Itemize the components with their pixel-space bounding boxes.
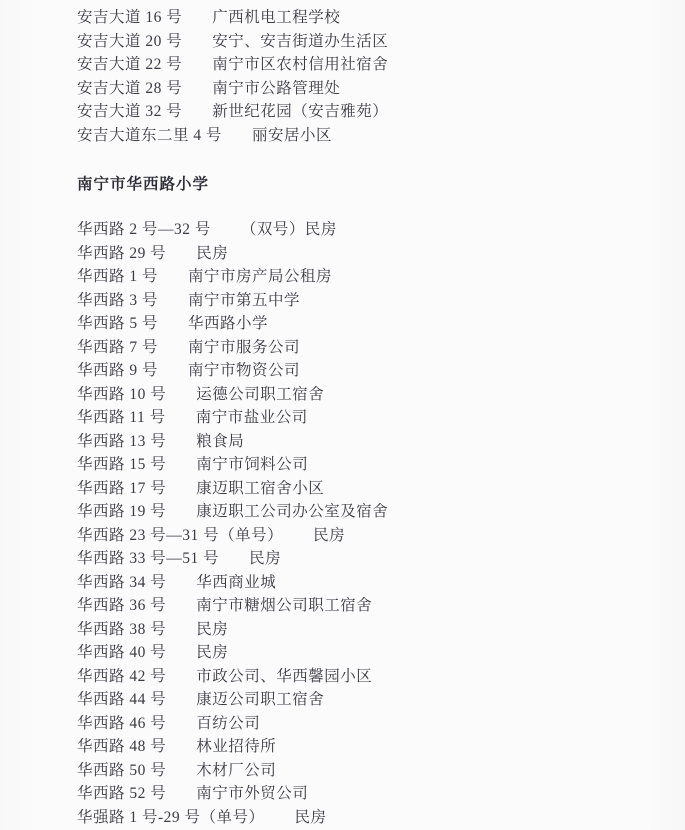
description-text: 华西商业城 <box>196 571 276 595</box>
list-item: 安吉大道 32 号新世纪花园（安吉雅苑） <box>77 100 685 124</box>
list-item: 华西路 17 号康迈职工宿舍小区 <box>77 477 685 501</box>
description-text: 康迈职工宿舍小区 <box>196 477 324 501</box>
address-text: 华西路 23 号—31 号（单号） <box>77 524 283 548</box>
list-item: 华西路 7 号南宁市服务公司 <box>77 336 685 360</box>
list-item: 华西路 9 号南宁市物资公司 <box>77 359 685 383</box>
description-text: 华西路小学 <box>188 312 268 336</box>
list-item: 华西路 46 号百纺公司 <box>77 712 685 736</box>
list-item: 华西路 11 号南宁市盐业公司 <box>77 406 685 430</box>
description-text: 康迈职工公司办公室及宿舍 <box>196 500 388 524</box>
description-text: 南宁市外贸公司 <box>196 782 308 806</box>
description-text: 民房 <box>196 242 228 266</box>
description-text: 康迈公司职工宿舍 <box>196 688 324 712</box>
list-item: 华西路 15 号南宁市饲料公司 <box>77 453 685 477</box>
description-text: 民房 <box>196 641 228 665</box>
list-item: 华西路 2 号—32 号（双号）民房 <box>77 218 685 242</box>
description-text: 南宁市服务公司 <box>188 336 300 360</box>
address-text: 华西路 42 号 <box>77 665 166 689</box>
description-text: 新世纪花园（安吉雅苑） <box>212 100 388 124</box>
address-text: 华西路 44 号 <box>77 688 166 712</box>
list-item: 华西路 36 号南宁市糖烟公司职工宿舍 <box>77 594 685 618</box>
address-text: 华西路 33 号—51 号 <box>77 547 219 571</box>
list-item: 华西路 40 号民房 <box>77 641 685 665</box>
description-text: 南宁市区农村信用社宿舍 <box>212 53 388 77</box>
address-list-anji: 安吉大道 16 号广西机电工程学校安吉大道 20 号安宁、安吉街道办生活区安吉大… <box>77 6 685 147</box>
address-text: 华西路 34 号 <box>77 571 166 595</box>
description-text: 民房 <box>196 618 228 642</box>
description-text: 民房 <box>249 547 281 571</box>
list-item: 华西路 5 号华西路小学 <box>77 312 685 336</box>
list-item: 华西路 29 号民房 <box>77 242 685 266</box>
list-item: 华西路 42 号市政公司、华西馨园小区 <box>77 665 685 689</box>
description-text: 运德公司职工宿舍 <box>196 383 324 407</box>
list-item: 华强路 1 号-29 号（单号）民房 <box>77 806 685 830</box>
list-item: 华西路 34 号华西商业城 <box>77 571 685 595</box>
address-text: 华西路 10 号 <box>77 383 166 407</box>
list-item: 安吉大道 28 号南宁市公路管理处 <box>77 77 685 101</box>
description-text: 粮食局 <box>196 430 244 454</box>
description-text: 安宁、安吉街道办生活区 <box>212 30 388 54</box>
list-item: 安吉大道东二里 4 号丽安居小区 <box>77 124 685 148</box>
description-text: 南宁市房产局公租房 <box>188 265 332 289</box>
list-item: 华西路 10 号运德公司职工宿舍 <box>77 383 685 407</box>
address-text: 华西路 11 号 <box>77 406 166 430</box>
list-item: 华西路 33 号—51 号民房 <box>77 547 685 571</box>
description-text: 市政公司、华西馨园小区 <box>196 665 372 689</box>
description-text: 林业招待所 <box>196 735 276 759</box>
address-text: 华西路 13 号 <box>77 430 166 454</box>
list-item: 安吉大道 16 号广西机电工程学校 <box>77 6 685 30</box>
address-text: 华西路 38 号 <box>77 618 166 642</box>
address-text: 华西路 17 号 <box>77 477 166 501</box>
description-text: 丽安居小区 <box>252 124 332 148</box>
list-item: 安吉大道 20 号安宁、安吉街道办生活区 <box>77 30 685 54</box>
list-item: 华西路 48 号林业招待所 <box>77 735 685 759</box>
address-text: 华西路 2 号—32 号 <box>77 218 211 242</box>
address-text: 华西路 40 号 <box>77 641 166 665</box>
address-list-huaxi: 华西路 2 号—32 号（双号）民房华西路 29 号民房华西路 1 号南宁市房产… <box>77 218 685 829</box>
description-text: 南宁市盐业公司 <box>196 406 308 430</box>
description-text: 民房 <box>313 524 345 548</box>
address-text: 华西路 3 号 <box>77 289 158 313</box>
address-text: 华强路 1 号-29 号（单号） <box>77 806 265 830</box>
list-item: 华西路 50 号木材厂公司 <box>77 759 685 783</box>
description-text: 南宁市糖烟公司职工宿舍 <box>196 594 372 618</box>
list-item: 华西路 19 号康迈职工公司办公室及宿舍 <box>77 500 685 524</box>
address-text: 华西路 19 号 <box>77 500 166 524</box>
address-text: 华西路 50 号 <box>77 759 166 783</box>
address-text: 安吉大道 32 号 <box>77 100 182 124</box>
list-item: 华西路 1 号南宁市房产局公租房 <box>77 265 685 289</box>
description-text: （双号）民房 <box>241 218 337 242</box>
address-text: 华西路 1 号 <box>77 265 158 289</box>
address-text: 华西路 9 号 <box>77 359 158 383</box>
description-text: 木材厂公司 <box>196 759 276 783</box>
list-item: 华西路 52 号南宁市外贸公司 <box>77 782 685 806</box>
list-item: 华西路 3 号南宁市第五中学 <box>77 289 685 313</box>
address-text: 华西路 46 号 <box>77 712 166 736</box>
document-page: 安吉大道 16 号广西机电工程学校安吉大道 20 号安宁、安吉街道办生活区安吉大… <box>0 0 685 830</box>
list-item: 华西路 38 号民房 <box>77 618 685 642</box>
list-item: 华西路 13 号粮食局 <box>77 430 685 454</box>
address-text: 华西路 15 号 <box>77 453 166 477</box>
description-text: 广西机电工程学校 <box>212 6 340 30</box>
description-text: 百纺公司 <box>196 712 260 736</box>
address-text: 华西路 5 号 <box>77 312 158 336</box>
address-text: 安吉大道 16 号 <box>77 6 182 30</box>
address-text: 华西路 48 号 <box>77 735 166 759</box>
address-text: 华西路 7 号 <box>77 336 158 360</box>
address-text: 安吉大道 20 号 <box>77 30 182 54</box>
address-text: 华西路 36 号 <box>77 594 166 618</box>
list-item: 安吉大道 22 号南宁市区农村信用社宿舍 <box>77 53 685 77</box>
address-text: 安吉大道东二里 4 号 <box>77 124 222 148</box>
address-text: 安吉大道 28 号 <box>77 77 182 101</box>
description-text: 南宁市公路管理处 <box>212 77 340 101</box>
description-text: 南宁市第五中学 <box>188 289 300 313</box>
description-text: 南宁市饲料公司 <box>196 453 308 477</box>
description-text: 民房 <box>295 806 327 830</box>
address-text: 华西路 52 号 <box>77 782 166 806</box>
section-heading: 南宁市华西路小学 <box>77 173 685 197</box>
list-item: 华西路 44 号康迈公司职工宿舍 <box>77 688 685 712</box>
address-text: 安吉大道 22 号 <box>77 53 182 77</box>
list-item: 华西路 23 号—31 号（单号）民房 <box>77 524 685 548</box>
address-text: 华西路 29 号 <box>77 242 166 266</box>
description-text: 南宁市物资公司 <box>188 359 300 383</box>
